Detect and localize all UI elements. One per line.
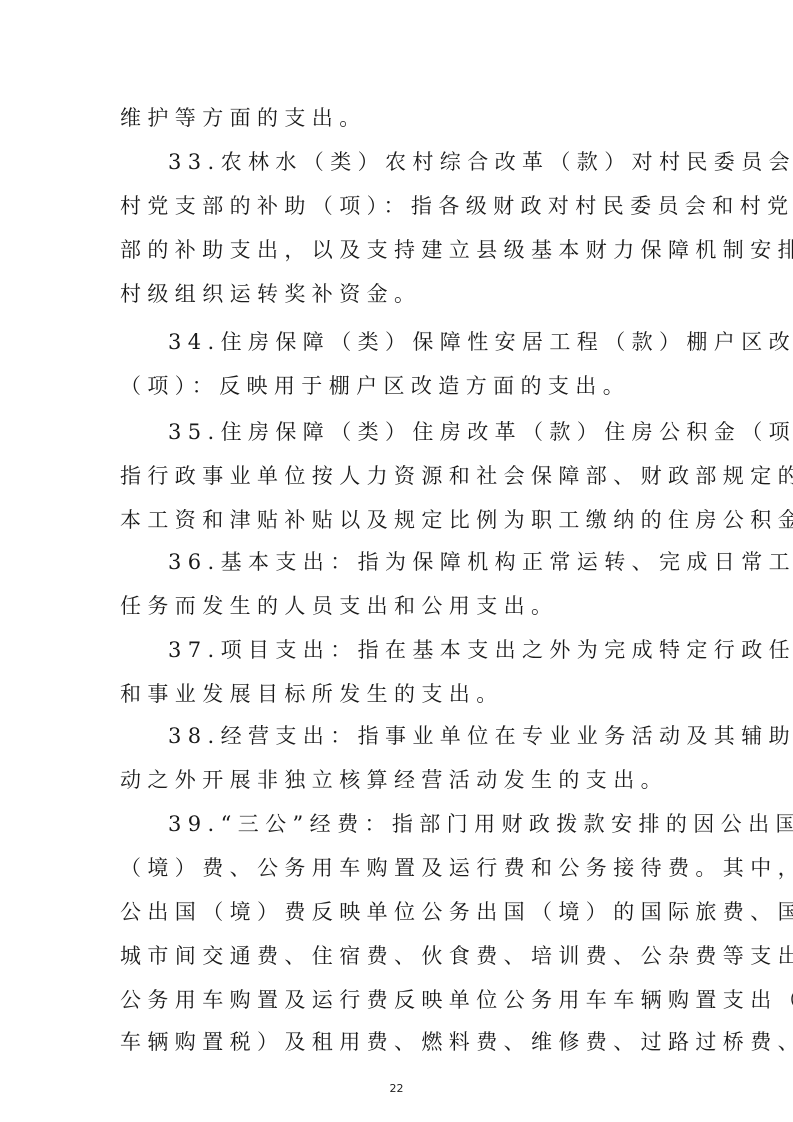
text-line: （项）：反映用于棚户区改造方面的支出。 xyxy=(120,372,676,400)
text-line: 指行政事业单位按人力资源和社会保障部、财政部规定的基 xyxy=(120,462,676,490)
item-36-heading: 36.基本支出：指为保障机构正常运转、完成日常工作 xyxy=(168,548,676,576)
text-line: 动之外开展非独立核算经营活动发生的支出。 xyxy=(120,766,676,794)
item-38-heading: 38.经营支出：指事业单位在专业业务活动及其辅助活 xyxy=(168,722,676,750)
text-line: 公出国（境）费反映单位公务出国（境）的国际旅费、国外 xyxy=(120,898,676,926)
text-line: 部的补助支出，以及支持建立县级基本财力保障机制安排的 xyxy=(120,236,676,264)
text-line: 公务用车购置及运行费反映单位公务用车车辆购置支出（含 xyxy=(120,986,676,1014)
text-line: （境）费、公务用车购置及运行费和公务接待费。其中，因 xyxy=(120,854,676,882)
text-line: 和事业发展目标所发生的支出。 xyxy=(120,680,676,708)
text-line: 维护等方面的支出。 xyxy=(120,104,676,132)
text-line: 城市间交通费、住宿费、伙食费、培训费、公杂费等支出； xyxy=(120,942,676,970)
document-page: 维护等方面的支出。 33.农林水（类）农村综合改革（款）对村民委员会和 村党支部… xyxy=(0,0,793,1122)
text-line: 车辆购置税）及租用费、燃料费、维修费、过路过桥费、保 xyxy=(120,1028,676,1056)
text-line: 任务而发生的人员支出和公用支出。 xyxy=(120,592,676,620)
text-line: 村级组织运转奖补资金。 xyxy=(120,280,676,308)
page-number: 22 xyxy=(0,1082,793,1095)
item-33-heading: 33.农林水（类）农村综合改革（款）对村民委员会和 xyxy=(168,148,676,176)
item-39-heading: 39.“三公”经费：指部门用财政拨款安排的因公出国 xyxy=(168,810,676,838)
text-line: 本工资和津贴补贴以及规定比例为职工缴纳的住房公积金。 xyxy=(120,506,676,534)
item-35-heading: 35.住房保障（类）住房改革（款）住房公积金（项）： xyxy=(168,418,676,446)
item-34-heading: 34.住房保障（类）保障性安居工程（款）棚户区改造 xyxy=(168,328,676,356)
item-37-heading: 37.项目支出：指在基本支出之外为完成特定行政任务 xyxy=(168,636,676,664)
text-line: 村党支部的补助（项）：指各级财政对村民委员会和村党支 xyxy=(120,192,676,220)
